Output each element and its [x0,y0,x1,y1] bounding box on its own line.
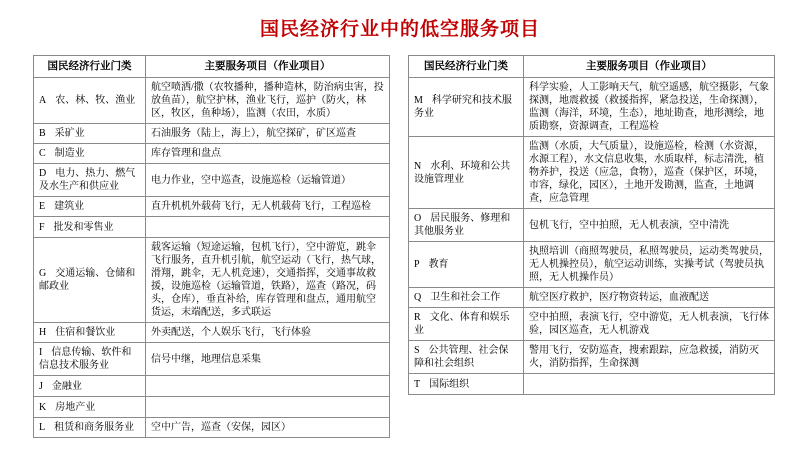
category-code: N [414,161,421,172]
category-cell: F批发和零售业 [34,217,146,238]
services-cell [146,397,390,418]
category-cell: L租赁和商务服务业 [34,418,146,438]
category-name: 建筑业 [54,201,84,212]
table-row: R文化、体育和娱乐业空中拍照，表演飞行，空中游览，无人机表演，飞行体验，园区巡查… [409,308,775,341]
category-name: 文化、体育和娱乐业 [414,312,510,336]
table-row: Q卫生和社会工作航空医疗救护，医疗物资转运，血液配送 [409,288,775,308]
category-name: 采矿业 [55,128,85,139]
category-cell: I信息传输、软件和信息技术服务业 [34,343,146,376]
right-table-header-row: 国民经济行业门类 主要服务项目（作业项目） [409,56,775,78]
table-row: N水利、环境和公共设施管理业监测（水质，大气质量），设施巡检，检测（水资源，水源… [409,137,775,209]
table-row: I信息传输、软件和信息技术服务业信号中继，地理信息采集 [34,343,390,376]
services-cell: 包机飞行，空中拍照，无人机表演，空中清洗 [524,209,775,242]
category-cell: O居民服务、修理和其他服务业 [409,209,524,242]
category-code: T [414,379,420,390]
category-code: B [39,128,46,139]
table-row: K房地产业 [34,397,390,418]
table-row: L租赁和商务服务业空中广告，巡查（安保，园区） [34,418,390,438]
category-cell: Q卫生和社会工作 [409,288,524,308]
table-row: P教育执照培训（商照驾驶员，私照驾驶员，运动类驾驶员，无人机操控员），航空运动训… [409,242,775,288]
table-row: D电力、热力、燃气及水生产和供应业电力作业，空中巡查，设施巡检（运输管道） [34,164,390,197]
category-name: 金融业 [52,381,82,392]
services-cell: 科学实验，人工影响天气，航空遥感，航空摄影，气象探测，地震救援（救援指挥，紧急投… [524,78,775,137]
table-row: H住宿和餐饮业外卖配送，个人娱乐飞行，飞行体验 [34,323,390,343]
category-code: G [39,268,46,279]
right-industry-table: 国民经济行业门类 主要服务项目（作业项目） M科学研究和技术服务业科学实验，人工… [408,55,775,395]
category-cell: P教育 [409,242,524,288]
table-row: A农、林、牧、渔业航空喷洒/撒（农牧播种，播种造林，防治病虫害，投放鱼苗），航空… [34,78,390,124]
category-cell: G交通运输、仓储和邮政业 [34,238,146,323]
category-name: 水利、环境和公共设施管理业 [414,161,510,185]
table-row: B采矿业石油服务（陆上，海上），航空探矿，矿区巡查 [34,124,390,144]
table-row: O居民服务、修理和其他服务业包机飞行，空中拍照，无人机表演，空中清洗 [409,209,775,242]
category-code: O [414,213,421,224]
category-name: 交通运输、仓储和邮政业 [39,268,135,292]
services-cell: 信号中继，地理信息采集 [146,343,390,376]
table-row: S公共管理、社会保障和社会组织警用飞行，安防巡查，搜索跟踪，应急救援，消防灭火，… [409,341,775,374]
services-cell: 警用飞行，安防巡查，搜索跟踪，应急救援，消防灭火，消防指挥，生命探测 [524,341,775,374]
right-header-category: 国民经济行业门类 [409,56,524,78]
category-code: E [39,201,45,212]
services-cell: 监测（水质，大气质量），设施巡检，检测（水资源，水源工程），水文信息收集，水质取… [524,137,775,209]
category-code: R [414,312,421,323]
table-row: M科学研究和技术服务业科学实验，人工影响天气，航空遥感，航空摄影，气象探测，地震… [409,78,775,137]
category-name: 信息传输、软件和信息技术服务业 [39,347,131,371]
table-row: T国际组织 [409,374,775,395]
category-name: 国际组织 [429,379,469,390]
services-cell: 石油服务（陆上，海上），航空探矿，矿区巡查 [146,124,390,144]
services-cell: 空中广告，巡查（安保，园区） [146,418,390,438]
category-name: 房地产业 [55,402,95,413]
category-name: 教育 [429,259,449,270]
category-name: 公共管理、社会保障和社会组织 [414,345,509,369]
category-cell: D电力、热力、燃气及水生产和供应业 [34,164,146,197]
services-cell: 电力作业，空中巡查，设施巡检（运输管道） [146,164,390,197]
category-code: A [39,95,46,106]
services-cell: 载客运输（短途运输，包机飞行），空中游览，跳伞飞行服务，直升机引航，航空运动（飞… [146,238,390,323]
table-row: F批发和零售业 [34,217,390,238]
category-cell: R文化、体育和娱乐业 [409,308,524,341]
services-cell: 执照培训（商照驾驶员，私照驾驶员，运动类驾驶员，无人机操控员），航空运动训练，实… [524,242,775,288]
category-name: 居民服务、修理和其他服务业 [414,213,510,237]
category-code: C [39,148,46,159]
category-code: Q [414,292,421,303]
category-cell: T国际组织 [409,374,524,395]
services-cell [524,374,775,395]
category-cell: J金融业 [34,376,146,397]
page-title: 国民经济行业中的低空服务项目 [0,14,800,41]
services-cell [146,217,390,238]
category-code: K [39,402,46,413]
category-cell: H住宿和餐饮业 [34,323,146,343]
category-code: I [39,347,42,358]
category-name: 制造业 [55,148,85,159]
services-cell: 航空喷洒/撒（农牧播种，播种造林，防治病虫害，投放鱼苗），航空护林，渔业飞行，巡… [146,78,390,124]
category-cell: A农、林、牧、渔业 [34,78,146,124]
category-cell: B采矿业 [34,124,146,144]
table-row: C制造业库存管理和盘点 [34,144,390,164]
category-cell: E建筑业 [34,197,146,217]
category-code: P [414,259,420,270]
category-cell: N水利、环境和公共设施管理业 [409,137,524,209]
category-code: L [39,422,45,433]
table-row: J金融业 [34,376,390,397]
category-name: 科学研究和技术服务业 [414,95,512,119]
category-code: J [39,381,43,392]
right-header-services: 主要服务项目（作业项目） [524,56,775,78]
category-code: S [414,345,420,356]
category-name: 电力、热力、燃气及水生产和供应业 [39,168,135,192]
category-code: H [39,327,46,338]
document-page: 国民经济行业中的低空服务项目 国民经济行业门类 主要服务项目（作业项目） A农、… [0,0,800,450]
category-code: M [414,95,423,106]
category-cell: C制造业 [34,144,146,164]
table-row: E建筑业直升机机外载荷飞行，无人机载荷飞行，工程巡检 [34,197,390,217]
services-cell: 外卖配送，个人娱乐飞行，飞行体验 [146,323,390,343]
services-cell: 空中拍照，表演飞行，空中游览，无人机表演，飞行体验，园区巡查，无人机游戏 [524,308,775,341]
category-name: 卫生和社会工作 [430,292,500,303]
left-header-services: 主要服务项目（作业项目） [146,56,390,78]
category-name: 租赁和商务服务业 [54,422,134,433]
services-cell: 直升机机外载荷飞行，无人机载荷飞行，工程巡检 [146,197,390,217]
category-name: 批发和零售业 [54,222,114,233]
category-name: 住宿和餐饮业 [55,327,115,338]
services-cell [146,376,390,397]
category-cell: M科学研究和技术服务业 [409,78,524,137]
category-cell: K房地产业 [34,397,146,418]
services-cell: 航空医疗救护，医疗物资转运，血液配送 [524,288,775,308]
table-row: G交通运输、仓储和邮政业载客运输（短途运输，包机飞行），空中游览，跳伞飞行服务，… [34,238,390,323]
category-code: F [39,222,45,233]
services-cell: 库存管理和盘点 [146,144,390,164]
left-table-header-row: 国民经济行业门类 主要服务项目（作业项目） [34,56,390,78]
category-name: 农、林、牧、渔业 [55,95,135,106]
left-industry-table: 国民经济行业门类 主要服务项目（作业项目） A农、林、牧、渔业航空喷洒/撒（农牧… [33,55,390,438]
category-code: D [39,168,46,179]
left-header-category: 国民经济行业门类 [34,56,146,78]
category-cell: S公共管理、社会保障和社会组织 [409,341,524,374]
